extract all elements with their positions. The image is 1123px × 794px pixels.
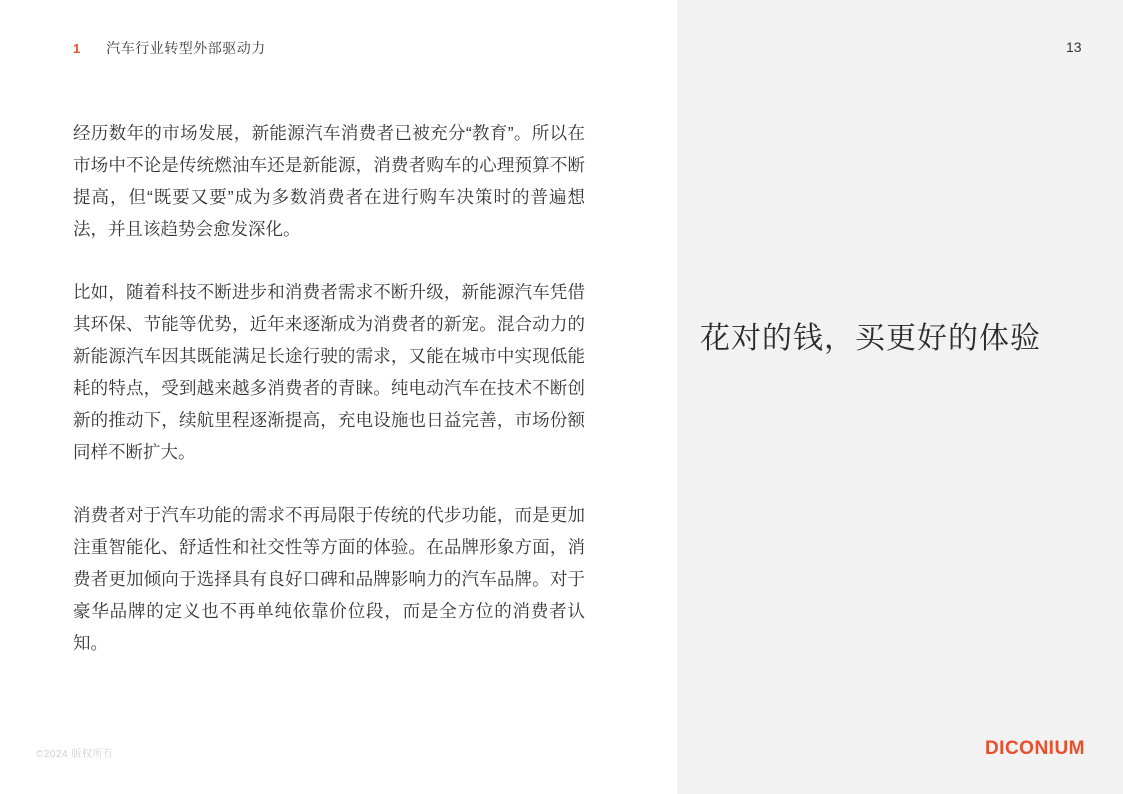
chapter-number: 1 <box>73 41 80 56</box>
page-header: 1 汽车行业转型外部驱动力 <box>73 38 266 58</box>
chapter-title: 汽车行业转型外部驱动力 <box>106 38 266 58</box>
panel-headline: 花对的钱，买更好的体验 <box>700 313 1100 357</box>
right-gray-panel <box>677 0 1123 794</box>
paragraph-1: 经历数年的市场发展，新能源汽车消费者已被充分“教育”。所以在市场中不论是传统燃油… <box>73 117 585 245</box>
diconium-logo: DICONIUM <box>985 738 1085 760</box>
body-text-column: 经历数年的市场发展，新能源汽车消费者已被充分“教育”。所以在市场中不论是传统燃油… <box>73 117 585 659</box>
copyright-notice: ©2024 版权所有 <box>36 745 113 760</box>
paragraph-3: 消费者对于汽车功能的需求不再局限于传统的代步功能，而是更加注重智能化、舒适性和社… <box>73 499 585 659</box>
report-page: 1 汽车行业转型外部驱动力 13 经历数年的市场发展，新能源汽车消费者已被充分“… <box>0 0 1123 794</box>
page-number: 13 <box>1066 39 1082 55</box>
paragraph-2: 比如，随着科技不断进步和消费者需求不断升级，新能源汽车凭借其环保、节能等优势，近… <box>73 276 585 468</box>
